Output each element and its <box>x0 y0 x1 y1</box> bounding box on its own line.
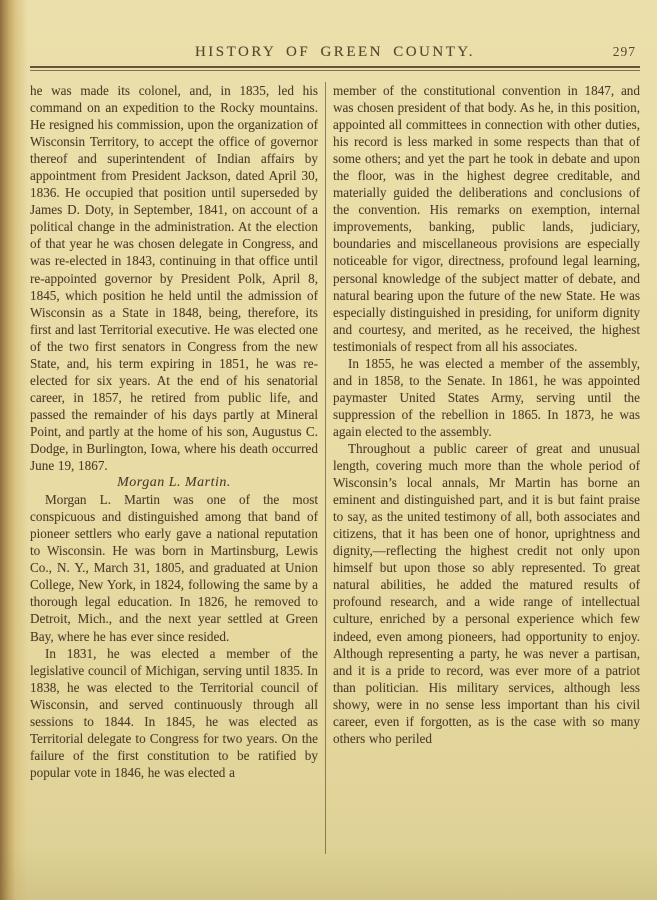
section-heading: Morgan L. Martin. <box>30 474 318 491</box>
page-number: 297 <box>613 44 636 60</box>
paragraph: Morgan L. Martin was one of the most con… <box>30 491 318 644</box>
book-page: HISTORY OF GREEN COUNTY. 297 he was made… <box>0 0 657 900</box>
text-columns: he was made its colonel, and, in 1835, l… <box>30 82 640 860</box>
header-rule <box>30 66 640 71</box>
right-column: member of the constitutional convention … <box>333 82 640 860</box>
paragraph-continued: he was made its colonel, and, in 1835, l… <box>30 82 318 474</box>
running-title: HISTORY OF GREEN COUNTY. <box>30 44 640 61</box>
column-divider <box>325 82 326 854</box>
paragraph: Throughout a public career of great and … <box>333 440 640 747</box>
binding-edge-shadow <box>0 0 28 900</box>
left-column: he was made its colonel, and, in 1835, l… <box>30 82 318 860</box>
paragraph: In 1855, he was elected a member of the … <box>333 355 640 440</box>
paragraph: In 1831, he was elected a member of the … <box>30 645 318 781</box>
paragraph-continued: member of the constitutional convention … <box>333 82 640 355</box>
running-head: HISTORY OF GREEN COUNTY. 297 <box>30 0 640 66</box>
